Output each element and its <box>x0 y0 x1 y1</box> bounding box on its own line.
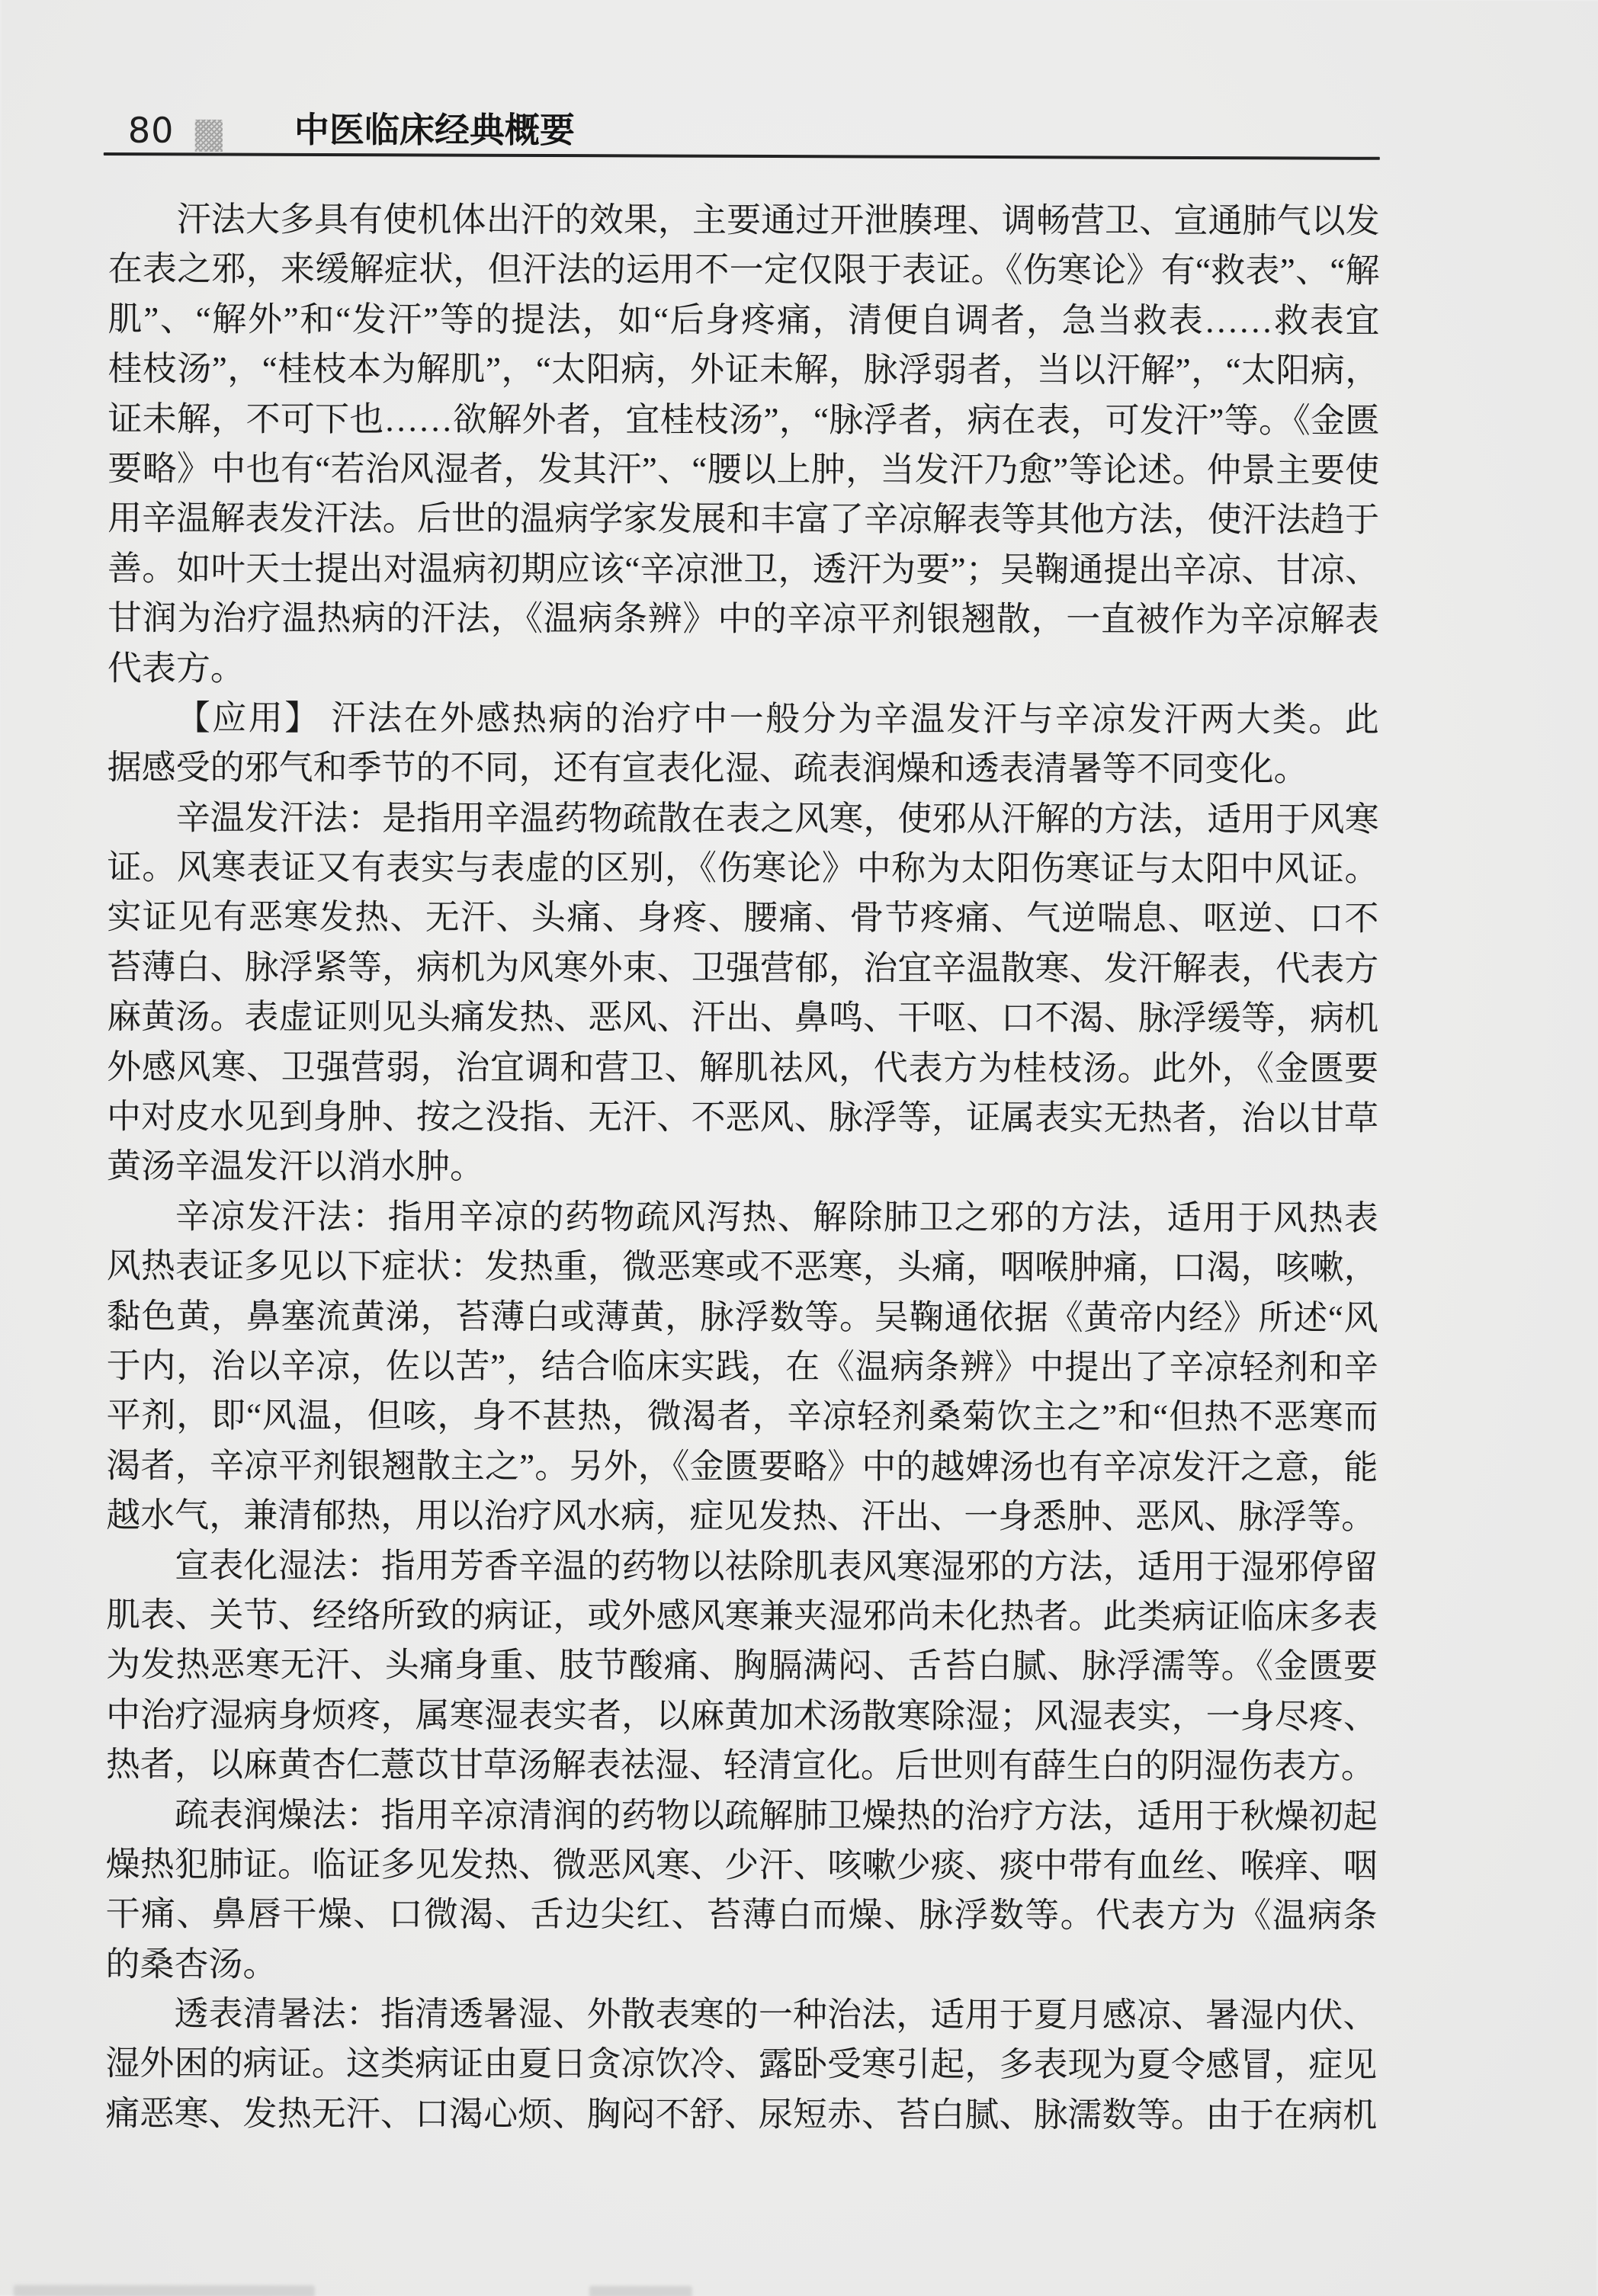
text-line: 黄汤辛温发汗以消水肿。 <box>107 1142 1378 1194</box>
text-line: 风热表证多见以下症状：发热重，微恶寒或不恶寒，头痛，咽喉肿痛，口渴，咳嗽，痰 <box>107 1242 1378 1294</box>
text-line: 实证见有恶寒发热、无汗、头痛、身疼、腰痛、骨节疼痛、气逆喘息、呕逆、口不渴、 <box>107 893 1378 944</box>
text-line: 透表清暑法：指清透暑湿、外散表寒的一种治法，适用于夏月感凉、暑湿内伏、寒 <box>105 1990 1377 2041</box>
text-line: 燥热犯肺证。临证多见发热、微恶风寒、少汗、咳嗽少痰、痰中带有血丝、喉痒、咽喉 <box>106 1840 1378 1892</box>
text-line: 证未解，不可下也……欲解外者，宜桂枝汤”，“脉浮者，病在表，可发汗”等。《金匮 <box>107 394 1379 446</box>
paragraph: 宣表化湿法：指用芳香辛温的药物以祛除肌表风寒湿邪的方法，适用于湿邪停留在肌表、关… <box>106 1541 1378 1791</box>
paragraph: 疏表润燥法：指用辛凉清润的药物以疏解肺卫燥热的治疗方法，适用于秋燥初起的燥热犯肺… <box>105 1790 1377 1991</box>
running-head: 80 中医临床经典概要 <box>2 0 1598 176</box>
text-line: 干痛、鼻唇干燥、口微渴、舌边尖红、苔薄白而燥、脉浮数等。代表方为《温病条辨》 <box>106 1890 1378 1942</box>
text-line: 痛恶寒、发热无汗、口渴心烦、胸闷不舒、尿短赤、苔白腻、脉濡数等。由于在病机上 <box>105 2089 1377 2141</box>
text-line: 在表之邪，来缓解症状，但汗法的运用不一定仅限于表证。《伤寒论》有“救表”、“解 <box>108 245 1380 297</box>
text-line: 热者，以麻黄杏仁薏苡甘草汤解表祛湿、轻清宣化。后世则有薛生白的阴湿伤表方。 <box>106 1740 1378 1792</box>
text-line: 代表方。 <box>107 643 1379 695</box>
page-number: 80 <box>128 111 175 150</box>
paragraph: 辛凉发汗法：指用辛凉的药物疏风泻热、解除肺卫之邪的方法，适用于风热表证。风热表证… <box>106 1192 1378 1543</box>
scanned-page: 80 中医临床经典概要 汗法大多具有使机体出汗的效果，主要通过开泄腠理、调畅营卫… <box>0 0 1598 2296</box>
text-line: 苔薄白、脉浮紧等，病机为风寒外束、卫强营郁，治宜辛温散寒、发汗解表，代表方为 <box>107 943 1378 995</box>
text-line: 外感风寒、卫强营弱，治宜调和营卫、解肌祛风，代表方为桂枝汤。此外，《金匮要略》 <box>107 1042 1378 1094</box>
text-line: 宣表化湿法：指用芳香辛温的药物以祛除肌表风寒湿邪的方法，适用于湿邪停留在 <box>106 1541 1378 1592</box>
text-line: 要略》中也有“若治风湿者，发其汗”、“腰以上肿，当发汗乃愈”等论述。仲景主要使 <box>107 444 1379 496</box>
text-line: 辛温发汗法：是指用辛温药物疏散在表之风寒，使邪从汗解的方法，适用于风寒表 <box>107 793 1379 845</box>
text-line: 甘润为治疗温热病的汗法，《温病条辨》中的辛凉平剂银翘散，一直被作为辛凉解表的 <box>107 594 1379 646</box>
text-line: 汗法大多具有使机体出汗的效果，主要通过开泄腠理、调畅营卫、宣通肺气以发散 <box>108 195 1380 247</box>
text-line: 中治疗湿病身烦疼，属寒湿表实者，以麻黄加术汤散寒除湿；风湿表实，一身尽疼、发 <box>106 1690 1378 1742</box>
text-line: 平剂，即“风温，但咳，身不甚热，微渴者，辛凉轻剂桑菊饮主之”和“但热不恶寒而 <box>106 1391 1378 1443</box>
page-body: 汗法大多具有使机体出汗的效果，主要通过开泄腠理、调畅营卫、宣通肺气以发散在表之邪… <box>105 195 1380 2141</box>
bleedthrough-artifact <box>589 2286 692 2296</box>
paragraph: 【应用】 汗法在外感热病的治疗中一般分为辛温发汗与辛凉发汗两大类。此外，根据感受… <box>107 694 1379 795</box>
bleedthrough-artifact <box>14 2285 315 2296</box>
paragraph: 辛温发汗法：是指用辛温药物疏散在表之风寒，使邪从汗解的方法，适用于风寒表证。风寒… <box>107 793 1379 1193</box>
text-line: 【应用】 汗法在外感热病的治疗中一般分为辛温发汗与辛凉发汗两大类。此外，根 <box>107 694 1379 746</box>
text-line: 证。风寒表证又有表实与表虚的区别，《伤寒论》中称为太阳伤寒证与太阳中风证。表 <box>107 843 1378 895</box>
paragraph: 汗法大多具有使机体出汗的效果，主要通过开泄腠理、调畅营卫、宣通肺气以发散在表之邪… <box>107 195 1380 695</box>
paragraph: 透表清暑法：指清透暑湿、外散表寒的一种治法，适用于夏月感凉、暑湿内伏、寒湿外困的… <box>105 1990 1377 2141</box>
text-line: 麻黄汤。表虚证则见头痛发热、恶风、汗出、鼻鸣、干呕、口不渴、脉浮缓等，病机为 <box>107 992 1378 1044</box>
text-line: 肌”、“解外”和“发汗”等的提法，如“后身疼痛，清便自调者，急当救表……救表宜 <box>107 295 1379 347</box>
text-line: 湿外困的病证。这类病证由夏日贪凉饮冷、露卧受寒引起，多表现为夏令感冒，症见头 <box>105 2039 1377 2091</box>
text-line: 黏色黄，鼻塞流黄涕，苔薄白或薄黄，脉浮数等。吴鞠通依据《黄帝内经》所述“风淫 <box>107 1291 1378 1343</box>
text-line: 用辛温解表发汗法。后世的温病学家发展和丰富了辛凉解表等其他方法，使汗法趋于完 <box>107 494 1379 546</box>
text-line: 据感受的邪气和季节的不同，还有宣表化湿、疏表润燥和透表清暑等不同变化。 <box>107 743 1379 795</box>
text-line: 的桑杏汤。 <box>105 1939 1377 1991</box>
text-line: 于内，治以辛凉，佐以苦”，结合临床实践，在《温病条辨》中提出了辛凉轻剂和辛凉 <box>107 1342 1378 1393</box>
book-title: 中医临床经典概要 <box>294 109 575 151</box>
text-line: 为发热恶寒无汗、头痛身重、肢节酸痛、胸膈满闷、舌苔白腻、脉浮濡等。《金匮要略》 <box>106 1640 1378 1692</box>
text-line: 越水气，兼清郁热，用以治疗风水病，症见发热、汗出、一身悉肿、恶风、脉浮等。 <box>106 1491 1378 1543</box>
text-line: 肌表、关节、经络所致的病证，或外感风寒兼夹湿邪尚未化热者。此类病证临床多表现 <box>106 1591 1378 1643</box>
header-rule <box>104 152 1380 160</box>
halftone-square-icon <box>195 120 223 152</box>
text-line: 疏表润燥法：指用辛凉清润的药物以疏解肺卫燥热的治疗方法，适用于秋燥初起的 <box>106 1790 1378 1842</box>
text-line: 桂枝汤”，“桂枝本为解肌”，“太阳病，外证未解，脉浮弱者，当以汗解”，“太阳病，… <box>107 345 1379 396</box>
text-line: 渴者，辛凉平剂银翘散主之”。另外，《金匮要略》中的越婢汤也有辛凉发汗之意，能发 <box>106 1441 1378 1493</box>
text-line: 辛凉发汗法：指用辛凉的药物疏风泻热、解除肺卫之邪的方法，适用于风热表证。 <box>107 1192 1378 1244</box>
text-line: 中对皮水见到身肿、按之没指、无汗、不恶风、脉浮等，证属表实无热者，治以甘草麻 <box>107 1092 1378 1144</box>
text-line: 善。如叶天士提出对温病初期应该“辛凉泄卫，透汗为要”；吴鞠通提出辛凉、甘凉、 <box>107 544 1379 595</box>
